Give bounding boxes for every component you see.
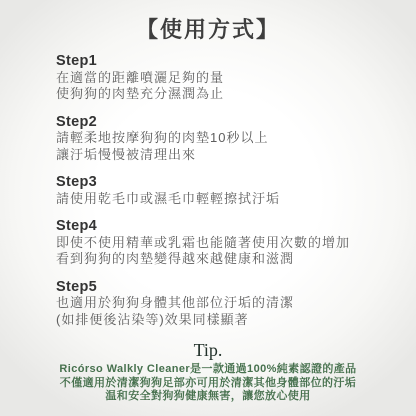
step-block-3: Step3 請使用乾毛巾或濕毛巾輕輕擦拭汙垢: [56, 174, 386, 207]
step-text-line: 讓汙垢慢慢被清理出來: [56, 147, 386, 164]
step-text-line: 也適用於狗狗身體其他部位汙垢的清潔: [56, 295, 386, 312]
step-text-line: 在適當的距離噴灑足夠的量: [56, 70, 386, 87]
step-text-line: 看到狗狗的肉墊變得越來越健康和滋潤: [56, 251, 386, 268]
step-label: Step2: [56, 114, 386, 131]
step-block-5: Step5 也適用於狗狗身體其他部位汙垢的清潔 (如排便後沾染等)效果同樣顯著: [56, 279, 386, 329]
step-block-2: Step2 請輕柔地按摩狗狗的肉墊10秒以上 讓汙垢慢慢被清理出來: [56, 114, 386, 164]
tip-section: Tip. Ricórso Walkly Cleaner是一款通過100%純素認證…: [0, 341, 416, 404]
tip-text-line: 不僅適用於清潔狗狗足部亦可用於清潔其他身體部位的汙垢: [0, 377, 416, 391]
step-label: Step4: [56, 218, 386, 235]
step-text-line: 請輕柔地按摩狗狗的肉墊10秒以上: [56, 130, 386, 147]
tip-text-line: Ricórso Walkly Cleaner是一款通過100%純素認證的產品: [0, 363, 416, 377]
step-text-line: 請使用乾毛巾或濕毛巾輕輕擦拭汙垢: [56, 191, 386, 208]
steps-list: Step1 在適當的距離噴灑足夠的量 使狗狗的肉墊充分濕潤為止 Step2 請輕…: [0, 53, 416, 328]
step-text-line: 使狗狗的肉墊充分濕潤為止: [56, 86, 386, 103]
step-text-line: (如排便後沾染等)效果同樣顯著: [56, 312, 386, 329]
step-label: Step5: [56, 279, 386, 296]
step-block-1: Step1 在適當的距離噴灑足夠的量 使狗狗的肉墊充分濕潤為止: [56, 53, 386, 103]
tip-heading: Tip.: [0, 341, 416, 360]
usage-instructions-panel: 【使用方式】 Step1 在適當的距離噴灑足夠的量 使狗狗的肉墊充分濕潤為止 S…: [0, 0, 416, 416]
page-title: 【使用方式】: [0, 0, 416, 43]
step-label: Step3: [56, 174, 386, 191]
tip-text-line: 温和安全對狗狗健康無害，讓您放心使用: [0, 390, 416, 404]
step-text-line: 即使不使用精華或乳霜也能隨著使用次數的增加: [56, 235, 386, 252]
step-label: Step1: [56, 53, 386, 70]
step-block-4: Step4 即使不使用精華或乳霜也能隨著使用次數的增加 看到狗狗的肉墊變得越來越…: [56, 218, 386, 268]
